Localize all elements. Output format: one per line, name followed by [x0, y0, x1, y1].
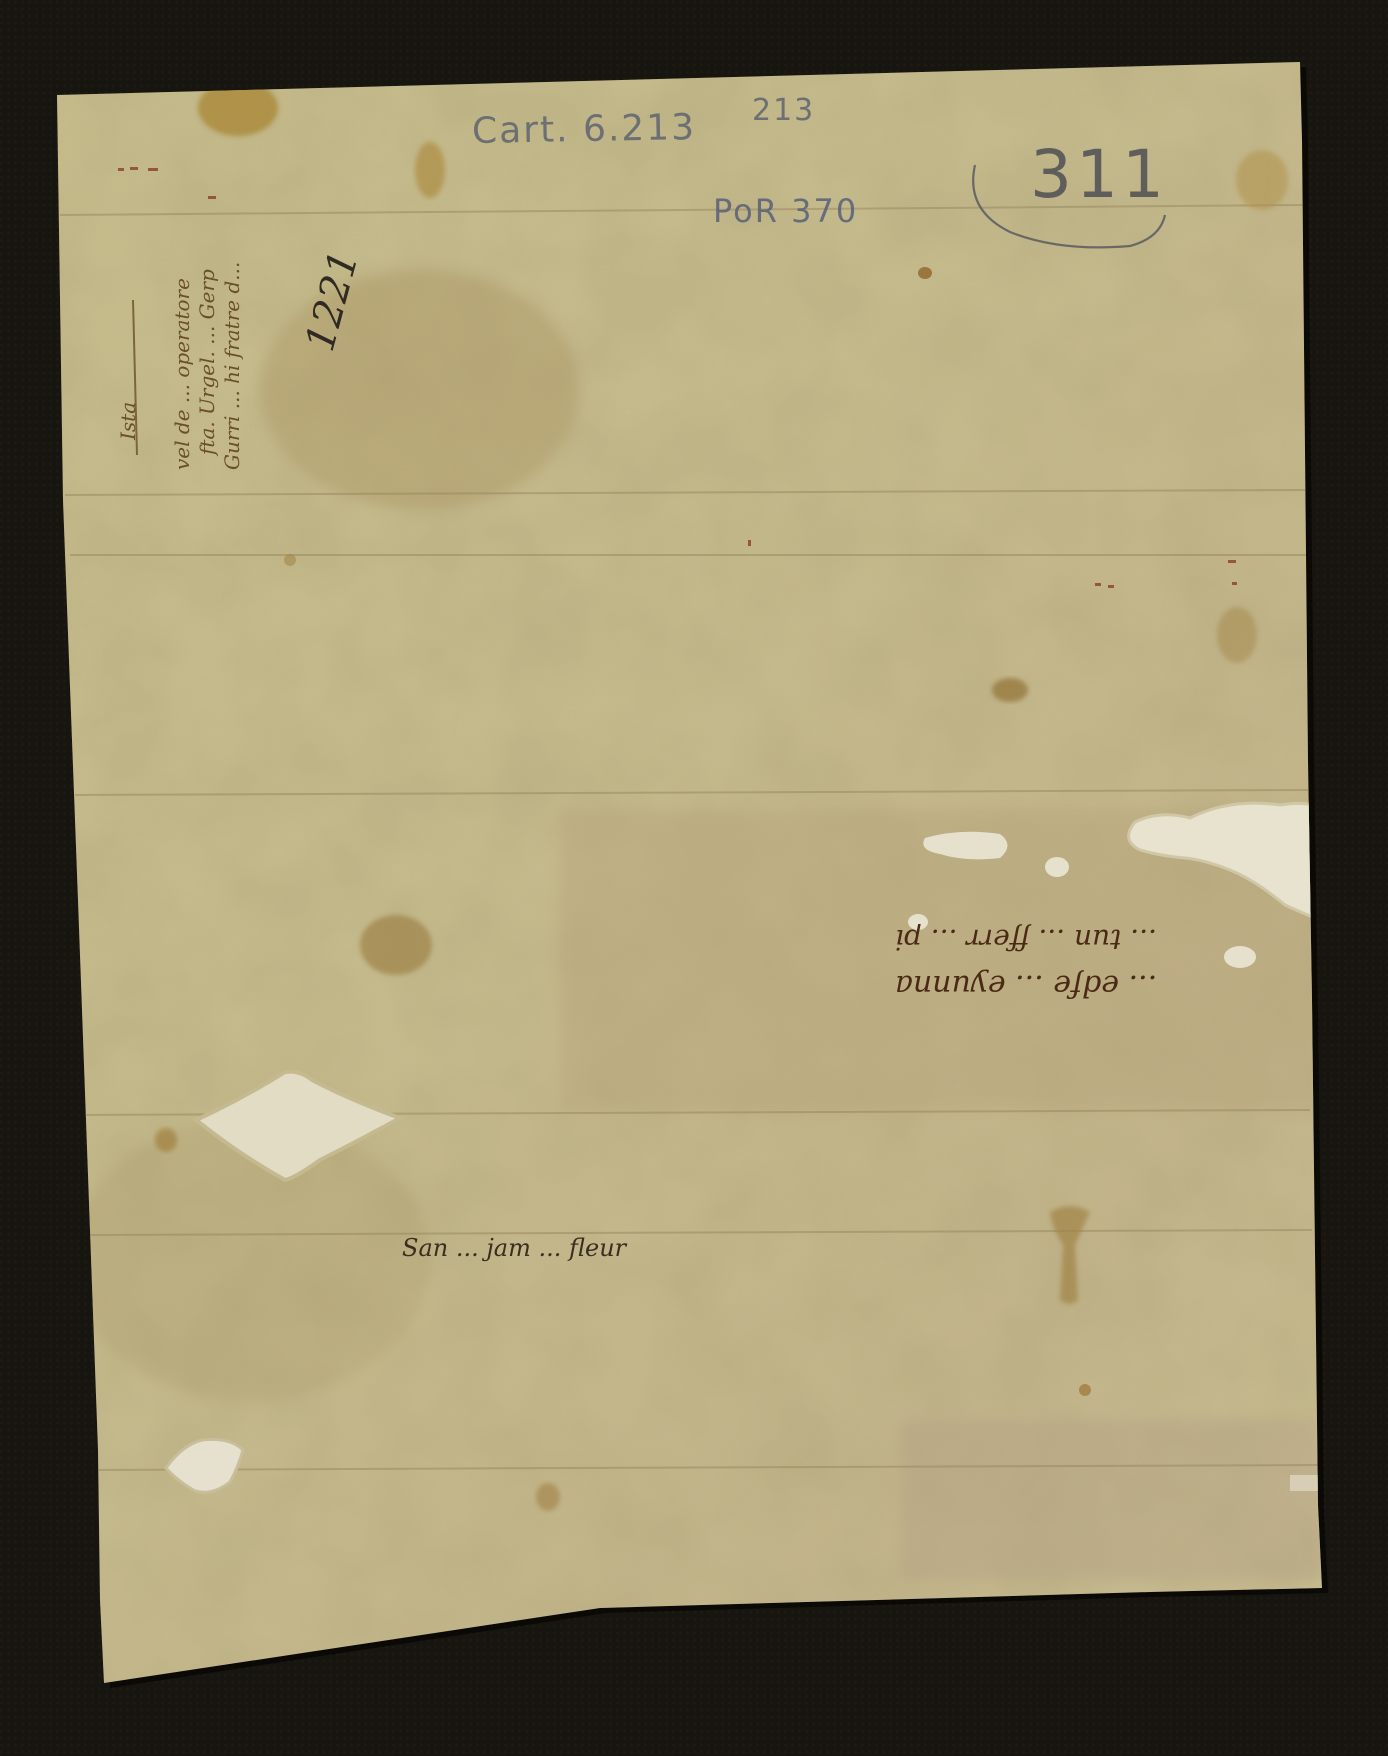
- hole-small-4: [1224, 946, 1256, 968]
- inverted-note-line2: ... edfe ... eyunna: [895, 970, 1157, 1000]
- lower-note: San ... jam ... fleur: [402, 1236, 626, 1260]
- margin-note-3: fta. Urgel. ... Gerp: [197, 269, 217, 455]
- number-213: 213: [752, 96, 815, 126]
- shelfmark-por: PoR 370: [713, 195, 858, 227]
- margin-note-4: Gurri ... hi fratre d...: [222, 262, 242, 470]
- parchment-sheet: [0, 0, 1388, 1756]
- margin-note-1: Ista: [118, 402, 138, 440]
- inverted-note-line1: ... tun ... fferr ... pi: [895, 925, 1157, 953]
- hole-small-2: [1045, 857, 1069, 877]
- scan-background: Cart. 6.213 213 PoR 370 311 1221 Ista ve…: [0, 0, 1388, 1756]
- margin-note-2: vel de ... operatore: [172, 278, 192, 470]
- circled-number: 311: [1030, 142, 1168, 208]
- shelfmark-cart: Cart. 6.213: [472, 110, 697, 150]
